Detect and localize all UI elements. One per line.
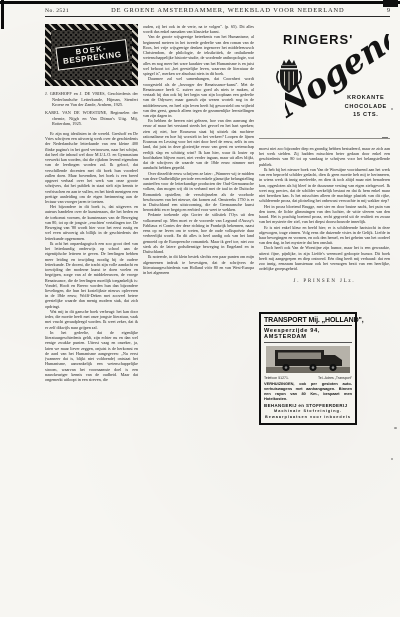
paragraph: Pedante toekende zijn Gorter de stilisti… (143, 212, 254, 254)
author-signature: J. PRINSEN JLz. (259, 279, 390, 284)
article-text-left: Er zijn nog idealisten in de wereld. Gre… (45, 131, 138, 382)
column-left: BOEK- BESPREKING J. GRESHOFF en J. DE VR… (45, 24, 138, 382)
paragraph: Doch heeft ook Van de Woestijne zijn hum… (259, 245, 390, 271)
transport-service1: BEHANGERIJ en STOFFEERDERIJ (264, 403, 352, 408)
bibliography: J. GRESHOFF en J. DE VRIES, Geschiedenis… (45, 91, 138, 127)
transport-title: TRANSPORT Mij. „HOLLAND", (264, 317, 352, 326)
moving-truck-photo (266, 346, 350, 373)
scan-artifact (383, 0, 398, 7)
paragraph: Er zijn nog idealisten in de wereld. Gre… (45, 131, 138, 204)
paragraph: Wat mij in dit gansche boek verheugt: he… (45, 309, 138, 330)
bibliography-entry: KAREL VAN DE WOESTIJNE, Beginselen der c… (45, 110, 138, 127)
issue-number: No. 2521 (45, 8, 69, 14)
paragraph: In het gedeelte, dat de eigenlijke liter… (45, 330, 138, 382)
paragraph: ouden, zij het ook in de verte, na te vo… (143, 24, 254, 34)
paragraph: En hebben de heeren niet gelezen, hoe va… (143, 118, 254, 170)
paragraph: Ik acht het onpaedagogisch een zoo groot… (45, 241, 138, 309)
scan-edge-left (1, 0, 4, 29)
scan-edge-top (0, 1, 400, 4)
transport-phone: Telefoon 51271. (264, 376, 289, 380)
tagline-line2: CHOCOLADE (345, 103, 387, 112)
page-number: 9 (387, 7, 390, 14)
paragraph: Over diezelfde eeuw schrijven ze later: … (143, 171, 254, 213)
scan-speck (394, 427, 397, 429)
transport-service2: Machinale Stofreiniging. (264, 409, 352, 413)
article-text-middle: ouden, zij het ook in de verte, na te vo… (143, 24, 254, 275)
newspaper-page: No. 2521 DE GROENE AMSTERDAMMER, WEEKBLA… (0, 0, 400, 617)
paragraph: Ik heb bij het nieuwe boek van Van de Wo… (259, 167, 390, 204)
paragraph: Daarmee zal wel samenhangen, dat Coornhe… (143, 76, 254, 118)
ringers-tagline: KROKANTE CHOCOLADE 15 CTS. (345, 94, 387, 120)
header-rule (45, 16, 390, 17)
transport-service3: Bewaarplaatsen voor inboedels (264, 415, 352, 419)
transport-address: Weesperzijde 94, AMSTERDAM (264, 328, 352, 343)
boekbespreking-ornament: BOEK- BESPREKING (45, 24, 138, 86)
paragraph: Het in proza bloeiend Brugge, met ster e… (259, 204, 390, 225)
transport-advertisement: TRANSPORT Mij. „HOLLAND", Weesperzijde 9… (259, 312, 357, 425)
bibliography-entry: J. GRESHOFF en J. DE VRIES, Geschiedenis… (45, 91, 138, 108)
column-right: RINGERS' Nogena KROKANTE CHOCOLADE 15 CT… (259, 24, 390, 425)
masthead-title: DE GROENE AMSTERDAMMER, WEEKBLAD VOOR NE… (69, 7, 387, 14)
scan-speck (391, 458, 393, 460)
transport-body-text: VERHUIZINGEN, ook per gesloten auto-verh… (264, 381, 352, 401)
scan-speck (391, 108, 393, 110)
truck-illustration (266, 346, 350, 373)
paragraph: Ik noteerde, in dit klein bestek slechts… (143, 254, 254, 275)
transport-telegram: Tel.-Adres „Transport" (318, 376, 352, 380)
transport-contact-row: Telefoon 51271. Tel.-Adres „Transport" (264, 376, 352, 380)
tagline-line1: KROKANTE (345, 94, 387, 103)
tagline-line3: 15 CTS. (345, 111, 387, 120)
paragraph: moest niet zoo bijzonder diep en grondig… (259, 146, 390, 167)
column-divider-rule (259, 138, 390, 139)
column-middle: ouden, zij het ook in de verte, na te vo… (143, 24, 254, 275)
article-text-right: moest niet zoo bijzonder diep en grondig… (259, 146, 390, 272)
paragraph: Van de groote wijsgeerige beteekenis van… (143, 34, 254, 76)
page-header: No. 2521 DE GROENE AMSTERDAMMER, WEEKBLA… (45, 7, 390, 14)
ringers-advertisement: RINGERS' Nogena KROKANTE CHOCOLADE 15 CT… (259, 24, 390, 134)
paragraph: Het bijzondere in dit boek is, dat uitge… (45, 204, 138, 241)
paragraph: Er is niet enkel kleur en beeld hier; er… (259, 225, 390, 246)
